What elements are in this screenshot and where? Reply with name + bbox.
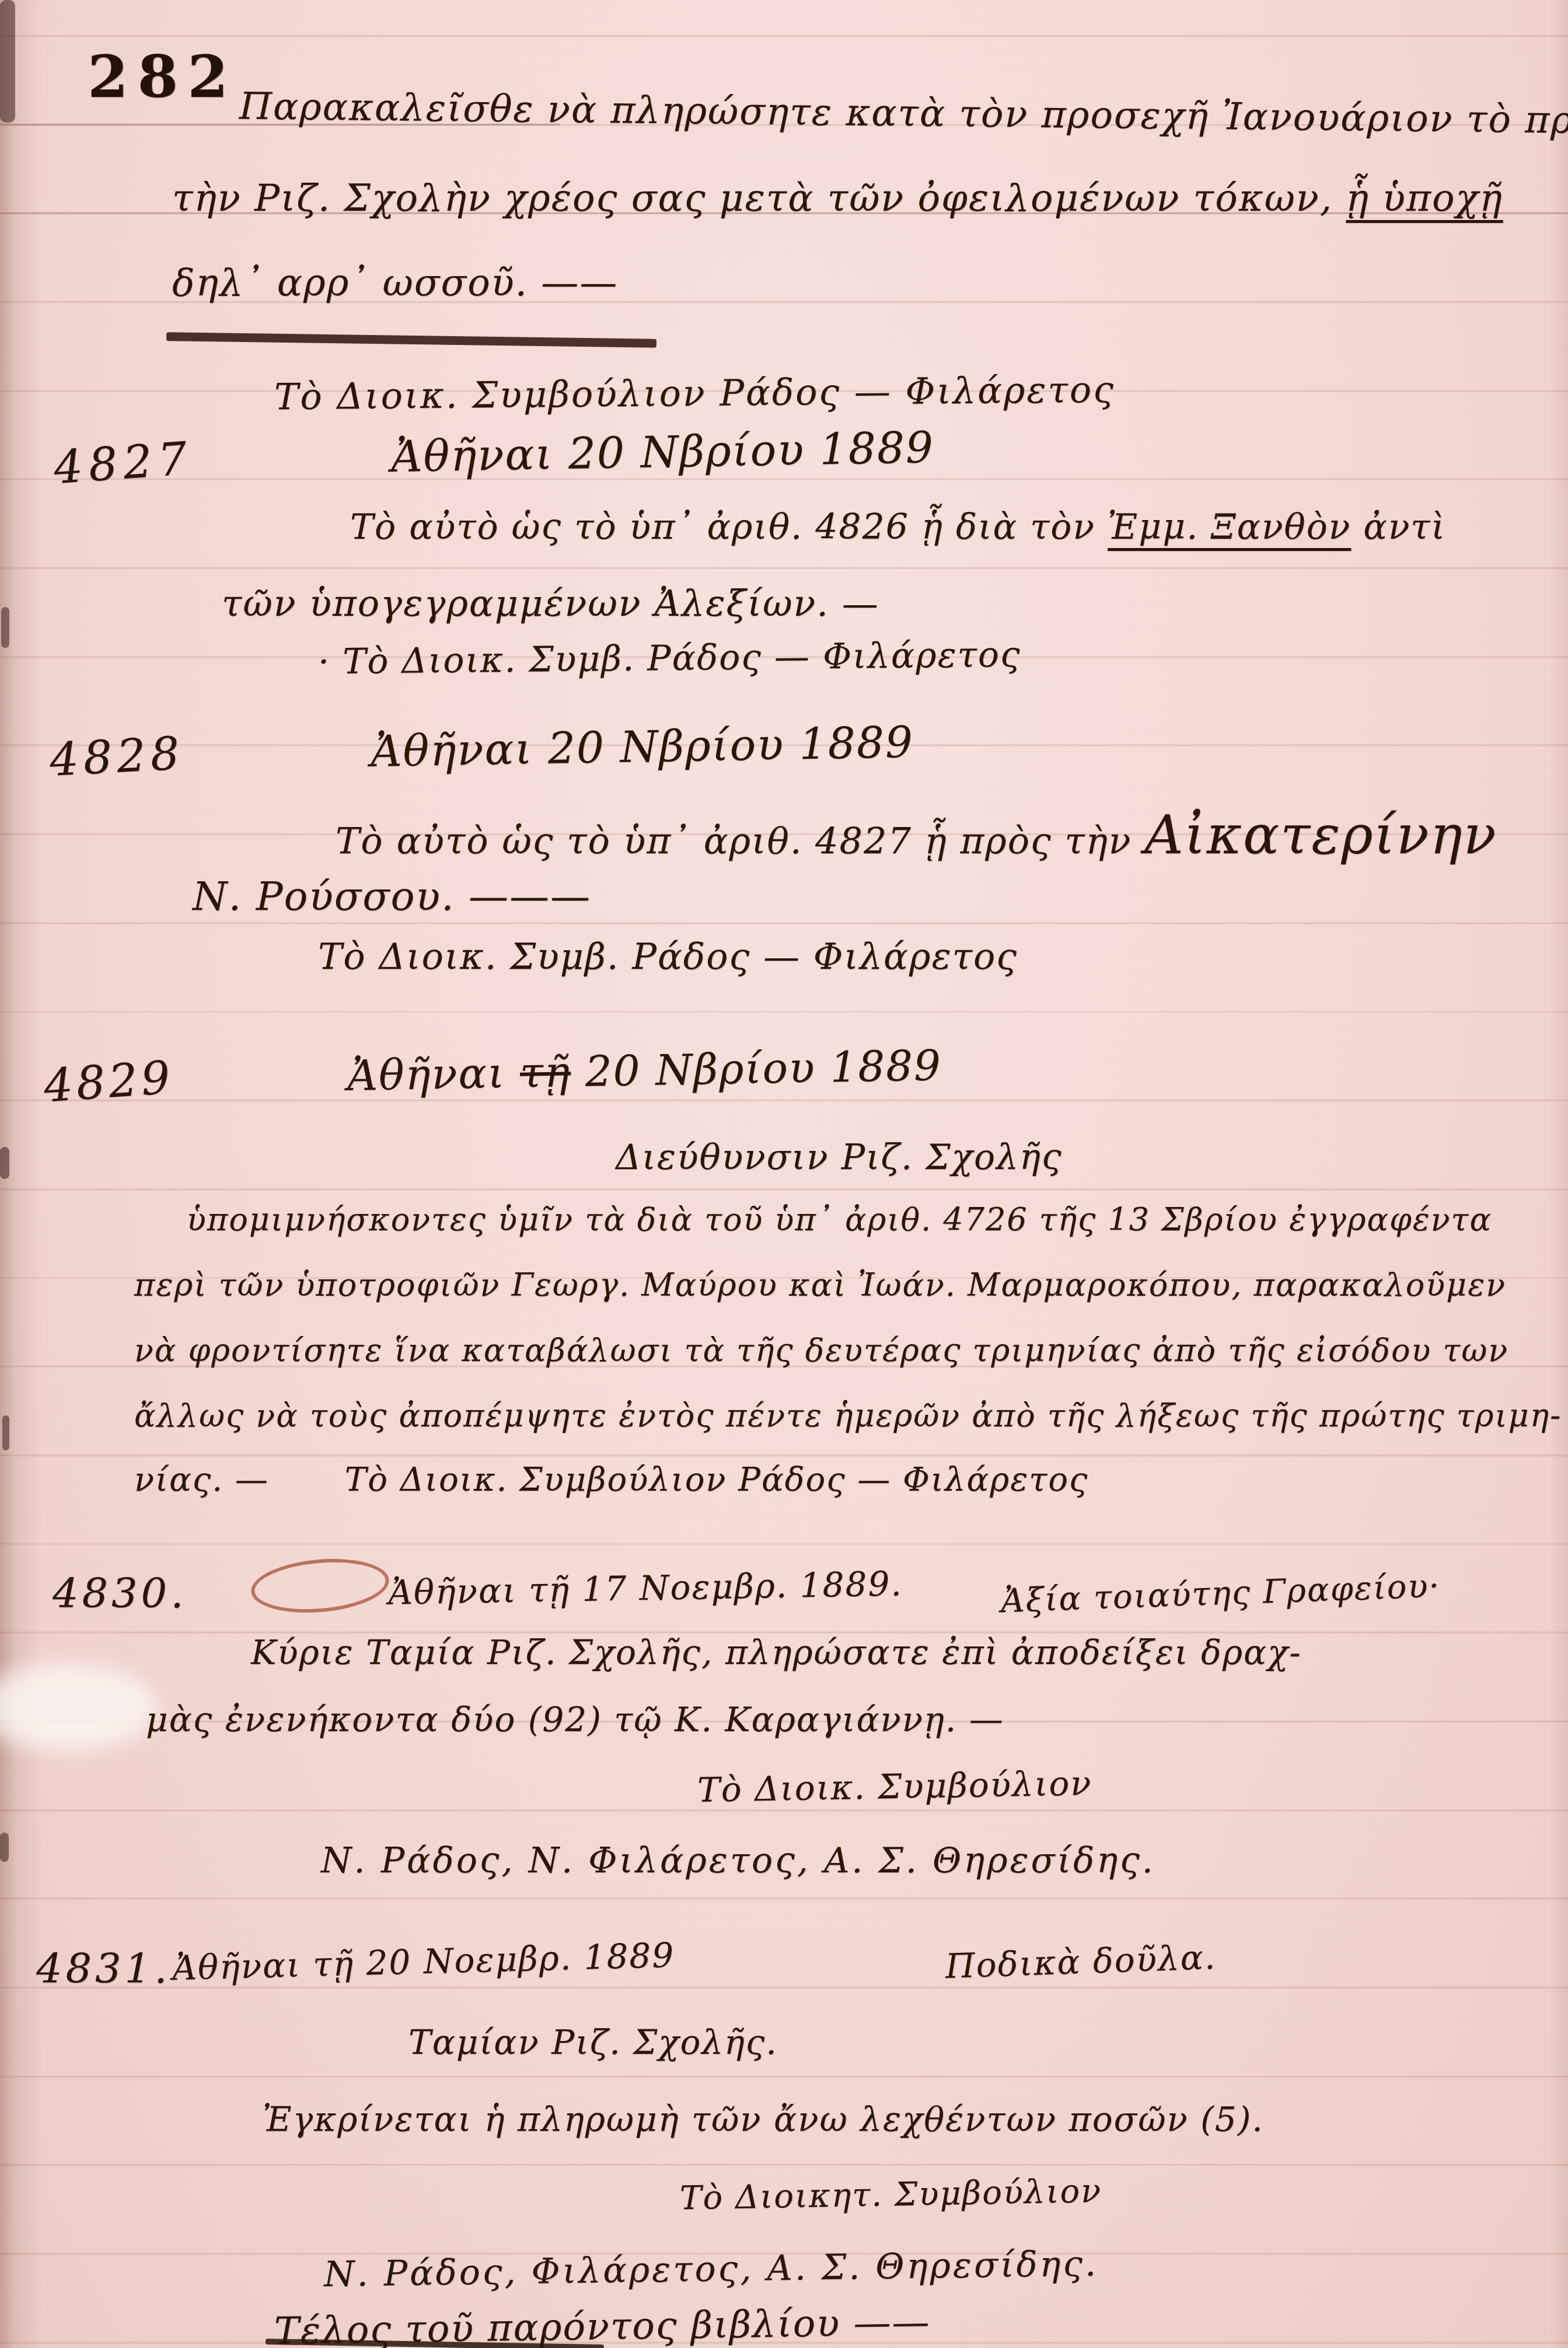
underline-stroke: [166, 332, 656, 348]
entry-4829-struck-word: τῇ: [519, 1047, 571, 1097]
gutter-ink-speck: [0, 0, 15, 123]
entry-4830-line-2: μὰς ἐνενήκοντα δύο (92) τῷ Κ. Καραγιάννῃ…: [146, 1701, 1004, 1739]
entry-4828-recipient-name: Αἰκατερίνην: [1144, 804, 1497, 866]
entry-4829-line-5: νίας. —Τὸ Διοικ. Συμβούλιον Ράδος — Φιλά…: [134, 1462, 1088, 1498]
preamble-line-2-underlined: ᾗ ὑποχῇ: [1346, 177, 1503, 220]
entry-4828-dateline: Ἀθῆναι 20 Νβρίου 1889: [370, 719, 914, 776]
entry-4827-line-1-underlined: Ἐμμ. Ξανθὸν: [1108, 507, 1351, 547]
entry-4831-line-1: Ταμίαν Ριζ. Σχολῆς.: [408, 2024, 778, 2061]
entry-4828-signature: Τὸ Διοικ. Συμβ. Ράδος — Φιλάρετος: [318, 937, 1018, 976]
entry-4830-signatures: Ν. Ράδος, Ν. Φιλάρετος, Α. Σ. Θηρεσίδης.: [321, 1841, 1155, 1880]
entry-4828-line-1: Τὸ αὐτὸ ὡς τὸ ὑπ᾽ ἀριθ. 4827 ᾗ πρὸς τὴν …: [336, 805, 1497, 864]
entry-4827-dateline: Ἀθῆναι 20 Νβρίου 1889: [390, 424, 934, 482]
entry-4829-signature: Τὸ Διοικ. Συμβούλιον Ράδος — Φιλάρετος: [345, 1461, 1089, 1499]
entry-4829-line-1: ὑπομιμνήσκοντες ὑμῖν τὰ διὰ τοῦ ὑπ᾽ ἀριθ…: [187, 1202, 1492, 1237]
preamble-line-3: δηλ᾽ αρρ᾽ ωσσοῦ. ——: [172, 263, 618, 303]
entry-4829-dateline: Ἀθῆναι τῇ 20 Νβρίου 1889: [347, 1042, 942, 1099]
entry-4831-dateline: Ἀθῆναι τῇ 20 Νοεμβρ. 1889: [172, 1937, 675, 1987]
entry-4829-line-2: περὶ τῶν ὑποτροφιῶν Γεωργ. Μαύρου καὶ Ἰω…: [134, 1268, 1506, 1302]
entry-4827-line-1-pre: Τὸ αὐτὸ ὡς τὸ ὑπ᾽ ἀριθ. 4826 ᾗ διὰ τὸν: [350, 507, 1108, 547]
page-number: 282: [88, 42, 238, 111]
preamble-line-1: Παρακαλεῖσθε νὰ πληρώσητε κατὰ τὸν προσε…: [239, 86, 1568, 142]
preamble-line-2-text: τὴν Ριζ. Σχολὴν χρέος σας μετὰ τῶν ὀφειλ…: [172, 177, 1346, 220]
entry-4827-line-2: τῶν ὑπογεγραμμένων Ἀλεξίων. —: [222, 584, 879, 623]
entry-number-4830: 4830.: [53, 1571, 187, 1616]
entry-4831-signatures: Ν. Ράδος, Φιλάρετος, Α. Σ. Θηρεσίδης.: [324, 2245, 1099, 2294]
entry-number-4828: 4828: [48, 729, 186, 786]
gutter-ink-speck: [1, 607, 9, 648]
manuscript-page: 282 Παρακαλεῖσθε νὰ πληρώσητε κατὰ τὸν π…: [0, 0, 1568, 2348]
entry-4827-line-1-post: ἀντὶ: [1351, 507, 1446, 547]
entry-number-4827: 4827: [52, 434, 194, 494]
gutter-ink-speck: [2, 1415, 9, 1450]
entry-4829-dateline-post: 20 Νβρίου 1889: [570, 1041, 942, 1096]
paper-smudge: [0, 1663, 158, 1751]
entry-4831-signature-label: Τὸ Διοικητ. Συμβούλιον: [680, 2173, 1102, 2217]
entry-4829-line-3: νὰ φροντίσητε ἵνα καταβάλωσι τὰ τῆς δευτ…: [134, 1333, 1508, 1367]
gutter-ink-speck: [0, 1833, 9, 1862]
entry-4830-dateline: Ἀθῆναι τῇ 17 Νοεμβρ. 1889.: [388, 1565, 903, 1611]
entry-4830-line-1: Κύριε Ταμία Ριζ. Σχολῆς, πληρώσατε ἐπὶ ἀ…: [251, 1634, 1302, 1672]
entry-4831-line-2: Ἐγκρίνεται ἡ πληρωμὴ τῶν ἄνω λεχθέντων π…: [263, 2101, 1264, 2138]
entry-4830-signature-label: Τὸ Διοικ. Συμβούλιον: [697, 1765, 1092, 1809]
entry-4829-dateline-pre: Ἀθῆναι: [347, 1048, 520, 1100]
preamble-signature: Τὸ Διοικ. Συμβούλιον Ράδος — Φιλάρετος: [274, 370, 1115, 417]
entry-number-4829: 4829: [42, 1053, 175, 1112]
preamble-line-2: τὴν Ριζ. Σχολὴν χρέος σας μετὰ τῶν ὀφειλ…: [172, 178, 1503, 219]
entry-4829-line-5-text: νίας. —: [134, 1461, 269, 1499]
entry-4829-addressee: Διεύθυνσιν Ριζ. Σχολῆς: [616, 1138, 1063, 1177]
entry-4828-line-2: Ν. Ρούσσου. ———: [193, 875, 591, 919]
entry-4829-line-4: ἄλλως νὰ τοὺς ἀποπέμψητε ἐντὸς πέντε ἡμε…: [134, 1398, 1562, 1433]
entry-4827-line-1: Τὸ αὐτὸ ὡς τὸ ὑπ᾽ ἀριθ. 4826 ᾗ διὰ τὸν Ἐ…: [350, 508, 1446, 546]
entry-4831-annotation: Ποδικὰ δοῦλα.: [945, 1939, 1217, 1986]
gutter-ink-speck: [0, 1147, 9, 1179]
red-oval-mark: [249, 1554, 392, 1618]
entry-4827-signature: · Τὸ Διοικ. Συμβ. Ράδος — Φιλάρετος: [318, 636, 1021, 682]
entry-4828-line-1-pre: Τὸ αὐτὸ ὡς τὸ ὑπ᾽ ἀριθ. 4827 ᾗ πρὸς τὴν: [336, 819, 1144, 862]
entry-number-4831: 4831.: [36, 1946, 170, 1991]
entry-4830-annotation: Ἀξία τοιαύτης Γραφείου·: [1000, 1568, 1441, 1620]
